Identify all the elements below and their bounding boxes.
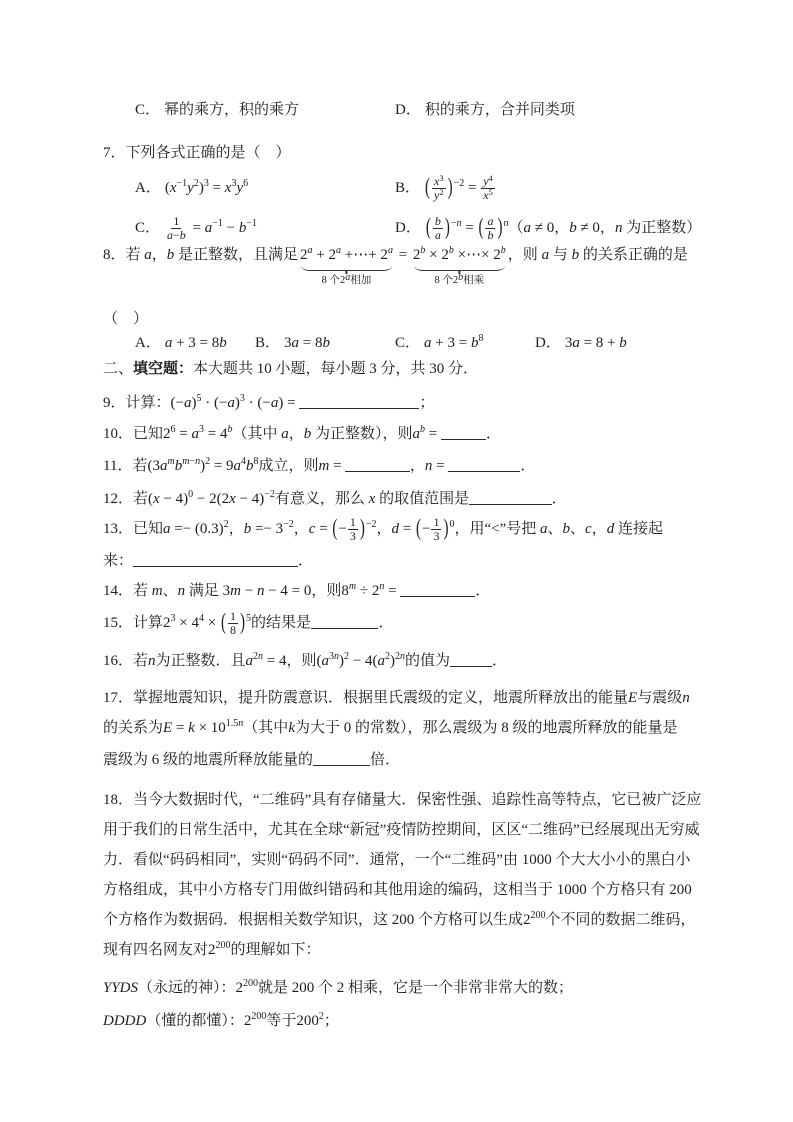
- superscript: −2: [283, 519, 294, 530]
- fraction-denominator: y2: [432, 189, 446, 202]
- superscript: 2: [385, 651, 390, 662]
- italic-text: a: [377, 653, 385, 669]
- italic-text: a: [523, 220, 531, 236]
- superscript: m: [167, 456, 174, 467]
- superscript: 2n: [253, 651, 263, 662]
- italic-text: b: [563, 521, 571, 537]
- superscript: 1.5n: [226, 718, 244, 729]
- q18-line3: 力．看似“码码相同”，实则“码码不同”．通常，一个“二维码”由 1000 个大大…: [103, 845, 707, 875]
- option-label: D．: [395, 213, 421, 243]
- italic-text: d: [392, 521, 400, 537]
- superscript: n: [503, 218, 508, 229]
- fraction: 1a−b: [165, 215, 188, 243]
- italic-text: b: [244, 521, 252, 537]
- italic-text: E: [163, 720, 172, 736]
- fraction: ab: [485, 215, 495, 243]
- q18-line4: 方格组成，其中小方格专门用做纠错码和其他用途的编码，这相当于 1000 个方格只…: [103, 875, 707, 905]
- underbrace-content: 2a + 2a +⋯+ 2a: [300, 244, 393, 266]
- option-A: A．(x−1y2)3 = x3y6: [135, 173, 248, 203]
- italic-text: n: [148, 653, 156, 669]
- superscript: 4: [489, 173, 493, 183]
- q17-line3: 震级为 6 级的地震所释放能量的倍．: [103, 745, 707, 775]
- superscript: −2: [454, 178, 465, 189]
- superscript: a: [388, 245, 393, 256]
- italic-text: a: [336, 245, 341, 256]
- underbrace-content: 2b × 2b ×⋯× 2b: [413, 244, 506, 266]
- option-body: (ba)−n = (ab)n（a ≠ 0，b ≠ 0，n 为正整数）: [425, 213, 701, 243]
- italic-text: n: [379, 581, 384, 592]
- superscript: 0: [188, 489, 193, 500]
- italic-text: n: [257, 583, 265, 599]
- q9: 9．计算：(−a)5 · (−a)3 · (−a) = ；: [103, 388, 707, 418]
- superscript: 3n: [329, 651, 339, 662]
- q18-line6: 现有四名网友对2200的理解如下：: [103, 935, 707, 965]
- superscript: 3: [204, 178, 209, 189]
- italic-text: d: [607, 521, 615, 537]
- superscript: 2: [344, 651, 349, 662]
- superscript: 8: [254, 456, 259, 467]
- q6-options-cd: C．幂的乘方，积的乘方D．积的乘方，合并同类项: [103, 95, 707, 125]
- italic-text: x: [153, 491, 160, 507]
- italic-text: b: [619, 335, 627, 351]
- superscript: 6: [243, 178, 248, 189]
- italic-text: a: [191, 426, 199, 442]
- q18-line5: 个方格作为数据码．根据相关数学知识，这 200 个方格可以生成2200个不同的数…: [103, 905, 707, 935]
- italic-text: a: [165, 335, 173, 351]
- italic-text: a: [540, 521, 548, 537]
- italic-text: b: [420, 245, 425, 256]
- superscript: m: [349, 581, 356, 592]
- q18-line2: 用于我们的日常生活中，尤其在全球“新冠”疫情防控期间，区区“二维码”已经展现出无…: [103, 815, 707, 845]
- fraction-denominator: 3: [348, 530, 358, 543]
- answer-blank: [133, 550, 298, 567]
- fraction: 13: [431, 516, 441, 544]
- italic-text: y: [187, 180, 194, 196]
- italic-text: n: [334, 651, 339, 662]
- underbrace-label: 8 个2b相乘: [435, 274, 485, 288]
- fraction-numerator: 1: [171, 215, 181, 229]
- fraction: x3y2: [432, 175, 446, 203]
- italic-text: a: [424, 335, 432, 351]
- underbrace-group: 2b × 2b ×⋯× 2b8 个2b相乘: [413, 244, 506, 288]
- option-label: A．: [135, 173, 161, 203]
- italic-text: YYDS: [103, 980, 138, 996]
- option-label: D．: [395, 95, 421, 125]
- q18-line1: 18．当今大数据时代，“二维码”具有存储量大．保密性强、追踪性高等特点，它已被广…: [103, 785, 707, 815]
- superscript: −1: [212, 218, 223, 229]
- italic-text: x: [229, 491, 236, 507]
- option-body: (x3y2)−2 = y4x5: [424, 173, 496, 203]
- right-paren: ): [240, 600, 245, 647]
- italic-text: b: [449, 245, 454, 256]
- option-body: 幂的乘方，积的乘方: [164, 95, 299, 125]
- netizen-yyds: YYDS（永远的神）：2200就是 200 个 2 相乘，它是一个非常非常大的数…: [103, 973, 707, 1003]
- q7-options-ab: A．(x−1y2)3 = x3y6B．(x3y2)−2 = y4x5: [103, 168, 707, 208]
- underbrace-icon: [413, 266, 506, 272]
- superscript: n: [379, 581, 384, 592]
- option-C: C．1a−b = a−1 − b−1: [135, 213, 257, 243]
- option-label: B．: [395, 173, 420, 203]
- italic-text: a: [281, 426, 289, 442]
- option-label: C．: [135, 213, 160, 243]
- fraction: y4x5: [481, 175, 495, 203]
- italic-text: DDDD: [103, 1013, 146, 1029]
- superscript: b: [420, 424, 425, 435]
- superscript: 200: [251, 1011, 266, 1022]
- q13-line1: 13．已知a =− (0.3)2，b =− 3−2，c = (−13)−2，d …: [103, 514, 707, 544]
- fraction-numerator: 1: [228, 610, 238, 624]
- option-body: 1a−b = a−1 − b−1: [164, 213, 257, 243]
- superscript: b: [501, 245, 506, 256]
- italic-text: b: [435, 214, 441, 228]
- fraction-numerator: 1: [431, 516, 441, 530]
- italic-text: k: [288, 720, 295, 736]
- superscript: m−n: [182, 456, 200, 467]
- option-body: (x−1y2)3 = x3y6: [165, 173, 248, 203]
- superscript: b: [227, 424, 232, 435]
- italic-text: a: [542, 247, 550, 263]
- fraction-numerator: b: [433, 215, 443, 229]
- superscript: b: [449, 245, 454, 256]
- italic-text: a: [234, 458, 242, 474]
- italic-text: a: [413, 426, 421, 442]
- superscript: b: [458, 273, 463, 282]
- superscript: 5: [246, 613, 251, 624]
- italic-text: c: [309, 521, 316, 537]
- superscript: a: [336, 245, 341, 256]
- italic-text: m: [182, 456, 189, 467]
- italic-text: b: [167, 247, 175, 263]
- italic-text: a: [292, 335, 300, 351]
- answer-blank: [311, 612, 379, 629]
- italic-text: n: [425, 458, 433, 474]
- q11: 11．若(3ambm−n)2 = 9a4b8成立，则m = ，n = ．: [103, 451, 707, 481]
- answer-blank: [299, 392, 419, 409]
- fraction-denominator: 8: [228, 624, 238, 637]
- italic-text: m: [230, 583, 241, 599]
- italic-text: n: [456, 218, 461, 229]
- fraction: ba: [433, 215, 443, 243]
- italic-text: m: [152, 583, 163, 599]
- fraction-numerator: a: [485, 215, 495, 229]
- italic-text: b: [420, 424, 425, 435]
- superscript: 3: [171, 613, 176, 624]
- superscript: −2: [366, 519, 377, 530]
- answer-blank: [313, 749, 370, 766]
- italic-text: a: [388, 245, 393, 256]
- exam-document: C．幂的乘方，积的乘方D．积的乘方，合并同类项7．下列各式正确的是（ ）A．(x…: [0, 0, 793, 1122]
- bold-text: 填空题：: [133, 361, 193, 377]
- netizen-dddd: DDDD（懂的都懂）：2200等于2002；: [103, 1006, 707, 1036]
- italic-text: a: [184, 395, 192, 411]
- italic-text: b: [322, 335, 330, 351]
- superscript: −1: [246, 218, 257, 229]
- option-label: C．: [135, 95, 160, 125]
- italic-text: n: [195, 456, 200, 467]
- underbrace-icon: [300, 266, 393, 272]
- superscript: 4: [199, 613, 204, 624]
- superscript: −n: [451, 218, 462, 229]
- italic-text: n: [238, 718, 243, 729]
- superscript: 2: [319, 1011, 324, 1022]
- italic-text: n: [503, 218, 508, 229]
- fraction-denominator: x5: [481, 189, 495, 202]
- superscript: 2: [439, 187, 443, 197]
- italic-text: b: [569, 220, 577, 236]
- superscript: a: [308, 245, 313, 256]
- option-D: D．积的乘方，合并同类项: [395, 95, 575, 125]
- superscript: 3: [439, 173, 443, 183]
- superscript: 6: [171, 424, 176, 435]
- italic-text: n: [178, 583, 186, 599]
- fraction: 13: [348, 516, 358, 544]
- fraction-denominator: 3: [431, 530, 441, 543]
- italic-text: a: [144, 247, 152, 263]
- answer-blank: [448, 455, 520, 472]
- superscript: 3: [199, 424, 204, 435]
- italic-text: n: [682, 690, 690, 706]
- answer-blank: [345, 455, 410, 472]
- superscript: 5: [196, 393, 201, 404]
- fraction-numerator: 1: [348, 516, 358, 530]
- superscript: −1: [177, 178, 188, 189]
- italic-text: a: [227, 395, 235, 411]
- underbrace-label: 8 个2a相加: [322, 274, 372, 288]
- option-D: D．(ba)−n = (ab)n（a ≠ 0，b ≠ 0，n 为正整数）: [395, 213, 701, 243]
- superscript: 3: [240, 393, 245, 404]
- answer-blank: [400, 580, 475, 597]
- italic-text: a: [308, 245, 313, 256]
- q16: 16．若n为正整数．且a2n = 4，则(a3n)2 − 4(a2)2n的值为．: [103, 646, 707, 676]
- italic-text: c: [585, 521, 592, 537]
- superscript: 0: [449, 519, 454, 530]
- q17-line2: 的关系为E = k × 101.5n（其中k为大于 0 的常数），那么震级为 8…: [103, 713, 707, 743]
- option-C: C．幂的乘方，积的乘方: [135, 95, 299, 125]
- italic-text: x: [369, 491, 376, 507]
- superscript: 8: [478, 333, 483, 344]
- q17-line1: 17．掌握地震知识，提升防震意识．根据里氏震级的定义，地震所释放出的能量E与震级…: [103, 683, 707, 713]
- q13-line2: 来：．: [103, 546, 707, 576]
- italic-text: m: [167, 456, 174, 467]
- italic-text: x: [170, 180, 177, 196]
- italic-text: a: [246, 653, 254, 669]
- italic-text: m: [319, 458, 330, 474]
- italic-text: a: [487, 214, 493, 228]
- italic-text: b: [304, 426, 312, 442]
- italic-text: b: [501, 245, 506, 256]
- fraction: 18: [228, 610, 238, 638]
- q12: 12．若(x − 4)0 − 2(2x − 4)−2有意义，那么 x 的取值范围…: [103, 484, 707, 514]
- italic-text: E: [628, 690, 637, 706]
- italic-text: a: [322, 653, 330, 669]
- superscript: a: [345, 273, 350, 282]
- italic-text: a: [572, 335, 580, 351]
- left-paren: (: [221, 600, 226, 647]
- section-2-header: 二、填空题：本大题共 10 小题，每小题 3 分，共 30 分．: [103, 354, 707, 384]
- option-B: B．(x3y2)−2 = y4x5: [395, 173, 496, 203]
- superscript: 2: [194, 178, 199, 189]
- italic-text: n: [400, 651, 405, 662]
- superscript: 2: [205, 456, 210, 467]
- italic-text: m: [349, 581, 356, 592]
- option-body: 积的乘方，合并同类项: [425, 95, 575, 125]
- superscript: b: [420, 245, 425, 256]
- italic-text: b: [219, 335, 227, 351]
- superscript: 5: [489, 187, 493, 197]
- italic-text: n: [258, 651, 263, 662]
- answer-blank: [469, 488, 552, 505]
- q7-stem: 7．下列各式正确的是（ ）: [103, 138, 707, 168]
- answer-blank: [450, 650, 492, 667]
- italic-text: b: [227, 424, 232, 435]
- italic-text: a: [163, 521, 171, 537]
- q8-stem: 8．若 a，b 是正整数，且满足2a + 2a +⋯+ 2a8 个2a相加 = …: [103, 240, 707, 288]
- superscript: 200: [243, 978, 258, 989]
- q14: 14．若 m、n 满足 3m − n − 4 = 0，则8m ÷ 2n = ．: [103, 576, 707, 606]
- superscript: 2: [224, 519, 229, 530]
- italic-text: k: [188, 720, 195, 736]
- superscript: 200: [216, 940, 231, 951]
- italic-text: n: [615, 220, 623, 236]
- underbrace-group: 2a + 2a +⋯+ 2a8 个2a相加: [300, 244, 393, 288]
- italic-text: b: [572, 247, 580, 263]
- answer-blank: [441, 423, 486, 440]
- q15: 15．计算23 × 44 × (18)5的结果是．: [103, 608, 707, 638]
- italic-text: a: [271, 395, 279, 411]
- italic-text: b: [246, 458, 254, 474]
- superscript: −2: [264, 489, 275, 500]
- superscript: 200: [531, 910, 546, 921]
- superscript: 2n: [395, 651, 405, 662]
- q10: 10．已知26 = a3 = 4b（其中 a，b 为正整数），则ab = ．: [103, 419, 707, 449]
